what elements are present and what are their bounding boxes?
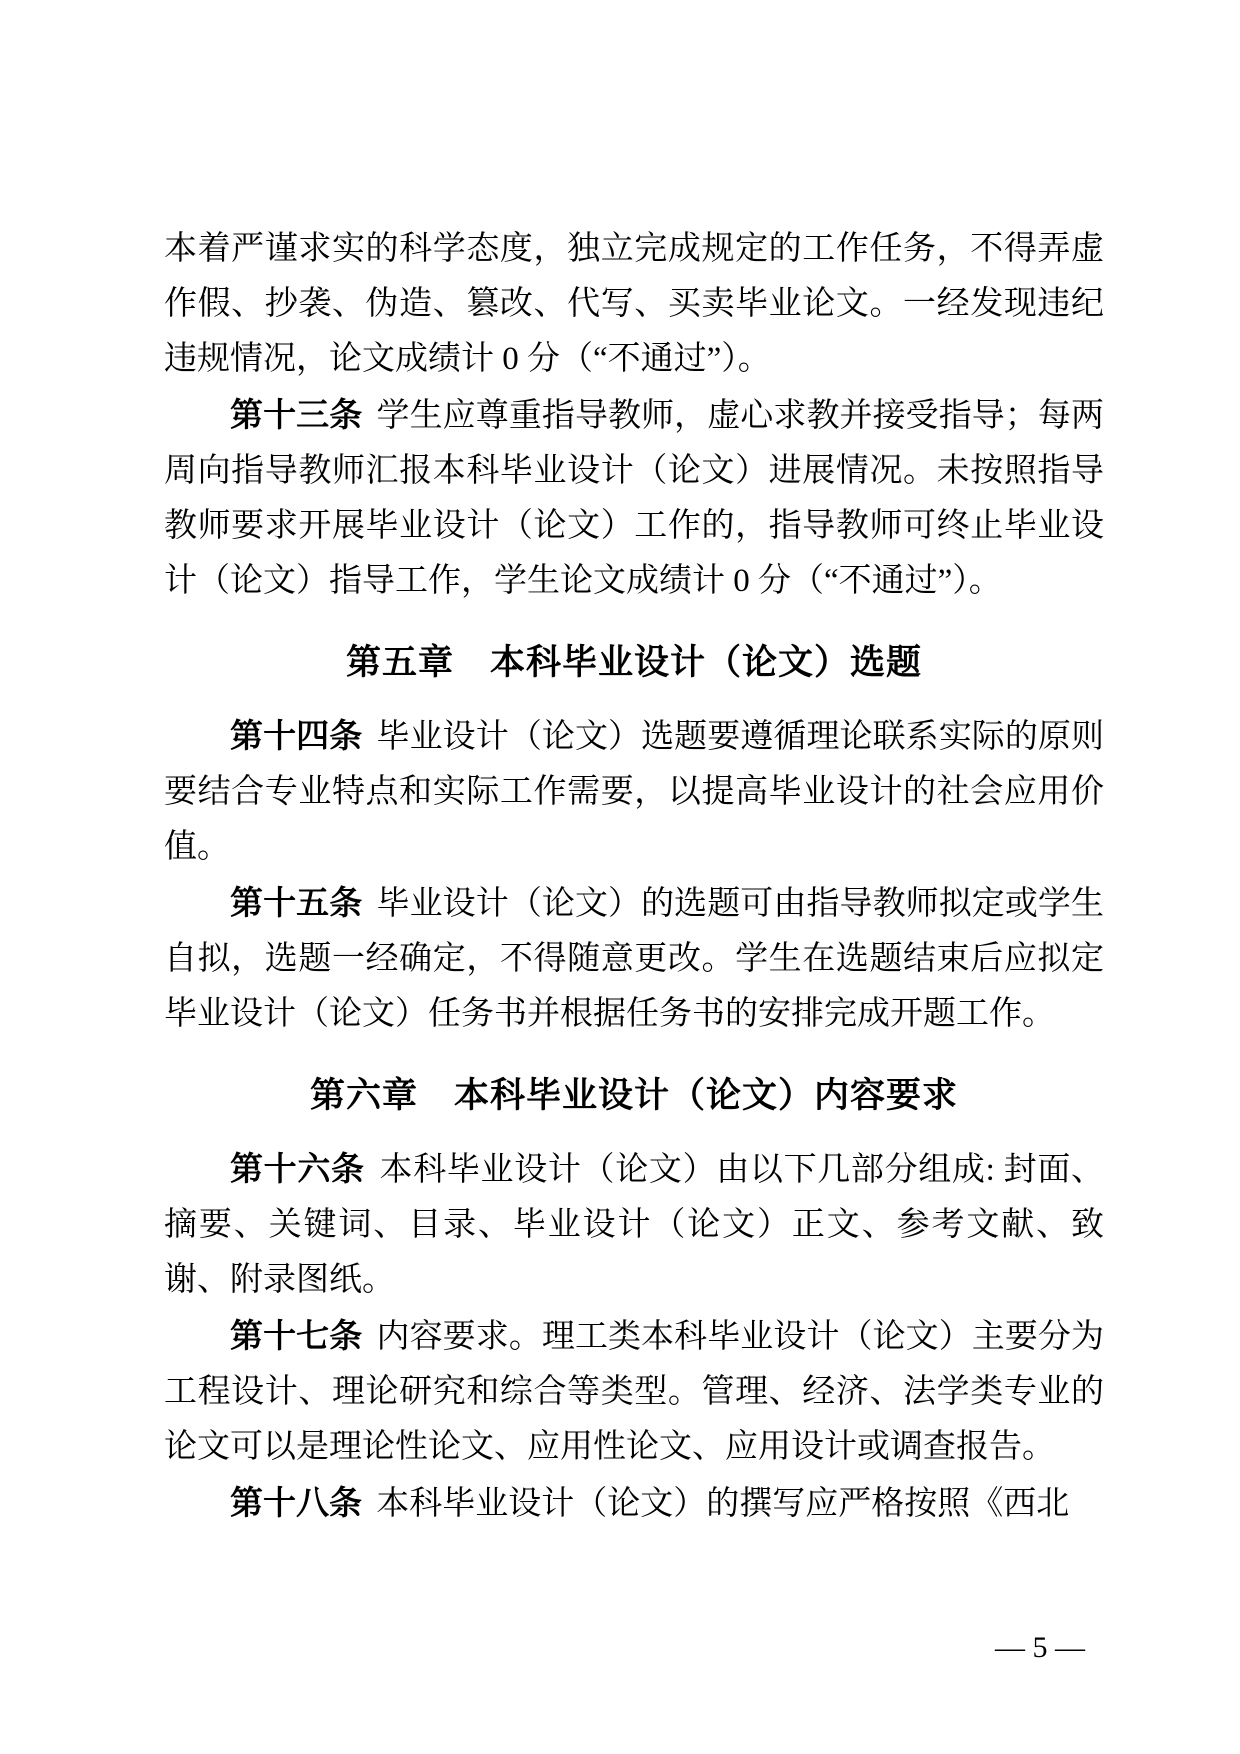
- body-paragraph: 第十四条 毕业设计（论文）选题要遵循理论联系实际的原则要结合专业特点和实际工作需…: [164, 708, 1104, 875]
- chapter-heading: 第六章 本科毕业设计（论文）内容要求: [164, 1068, 1104, 1123]
- body-paragraph: 第十五条 毕业设计（论文）的选题可由指导教师拟定或学生自拟，选题一经确定，不得随…: [164, 875, 1104, 1042]
- article-number: 第十三条: [230, 396, 362, 433]
- body-paragraph: 第十三条 学生应尊重指导教师，虚心求教并接受指导；每两周向指导教师汇报本科毕业设…: [164, 387, 1104, 609]
- body-paragraph: 第十七条 内容要求。理工类本科毕业设计（论文）主要分为工程设计、理论研究和综合等…: [164, 1308, 1104, 1475]
- body-paragraph: 第十六条 本科毕业设计（论文）由以下几部分组成: 封面、摘要、关键词、目录、毕业…: [164, 1141, 1104, 1308]
- body-paragraph: 本着严谨求实的科学态度，独立完成规定的工作任务，不得弄虚作假、抄袭、伪造、篡改、…: [164, 222, 1104, 387]
- article-number: 第十八条: [230, 1484, 362, 1521]
- article-number: 第十六条: [230, 1150, 365, 1187]
- chapter-heading: 第五章 本科毕业设计（论文）选题: [164, 635, 1104, 690]
- article-number: 第十四条: [230, 717, 362, 754]
- document-body: 本着严谨求实的科学态度，独立完成规定的工作任务，不得弄虚作假、抄袭、伪造、篡改、…: [164, 222, 1104, 1532]
- text-run: 本科毕业设计（论文）的撰写应严格按照《西北: [368, 1486, 1069, 1522]
- article-number: 第十七条: [230, 1317, 362, 1354]
- text-run: 第六章 本科毕业设计（论文）内容要求: [310, 1076, 958, 1115]
- body-paragraph: 第十八条 本科毕业设计（论文）的撰写应严格按照《西北: [164, 1475, 1104, 1532]
- text-run: 本着严谨求实的科学态度，独立完成规定的工作任务，不得弄虚作假、抄袭、伪造、篡改、…: [164, 231, 1104, 377]
- document-page: 本着严谨求实的科学态度，独立完成规定的工作任务，不得弄虚作假、抄袭、伪造、篡改、…: [0, 0, 1240, 1754]
- page-number: — 5 —: [995, 1632, 1085, 1664]
- article-number: 第十五条: [230, 884, 362, 921]
- text-run: 第五章 本科毕业设计（论文）选题: [346, 643, 922, 682]
